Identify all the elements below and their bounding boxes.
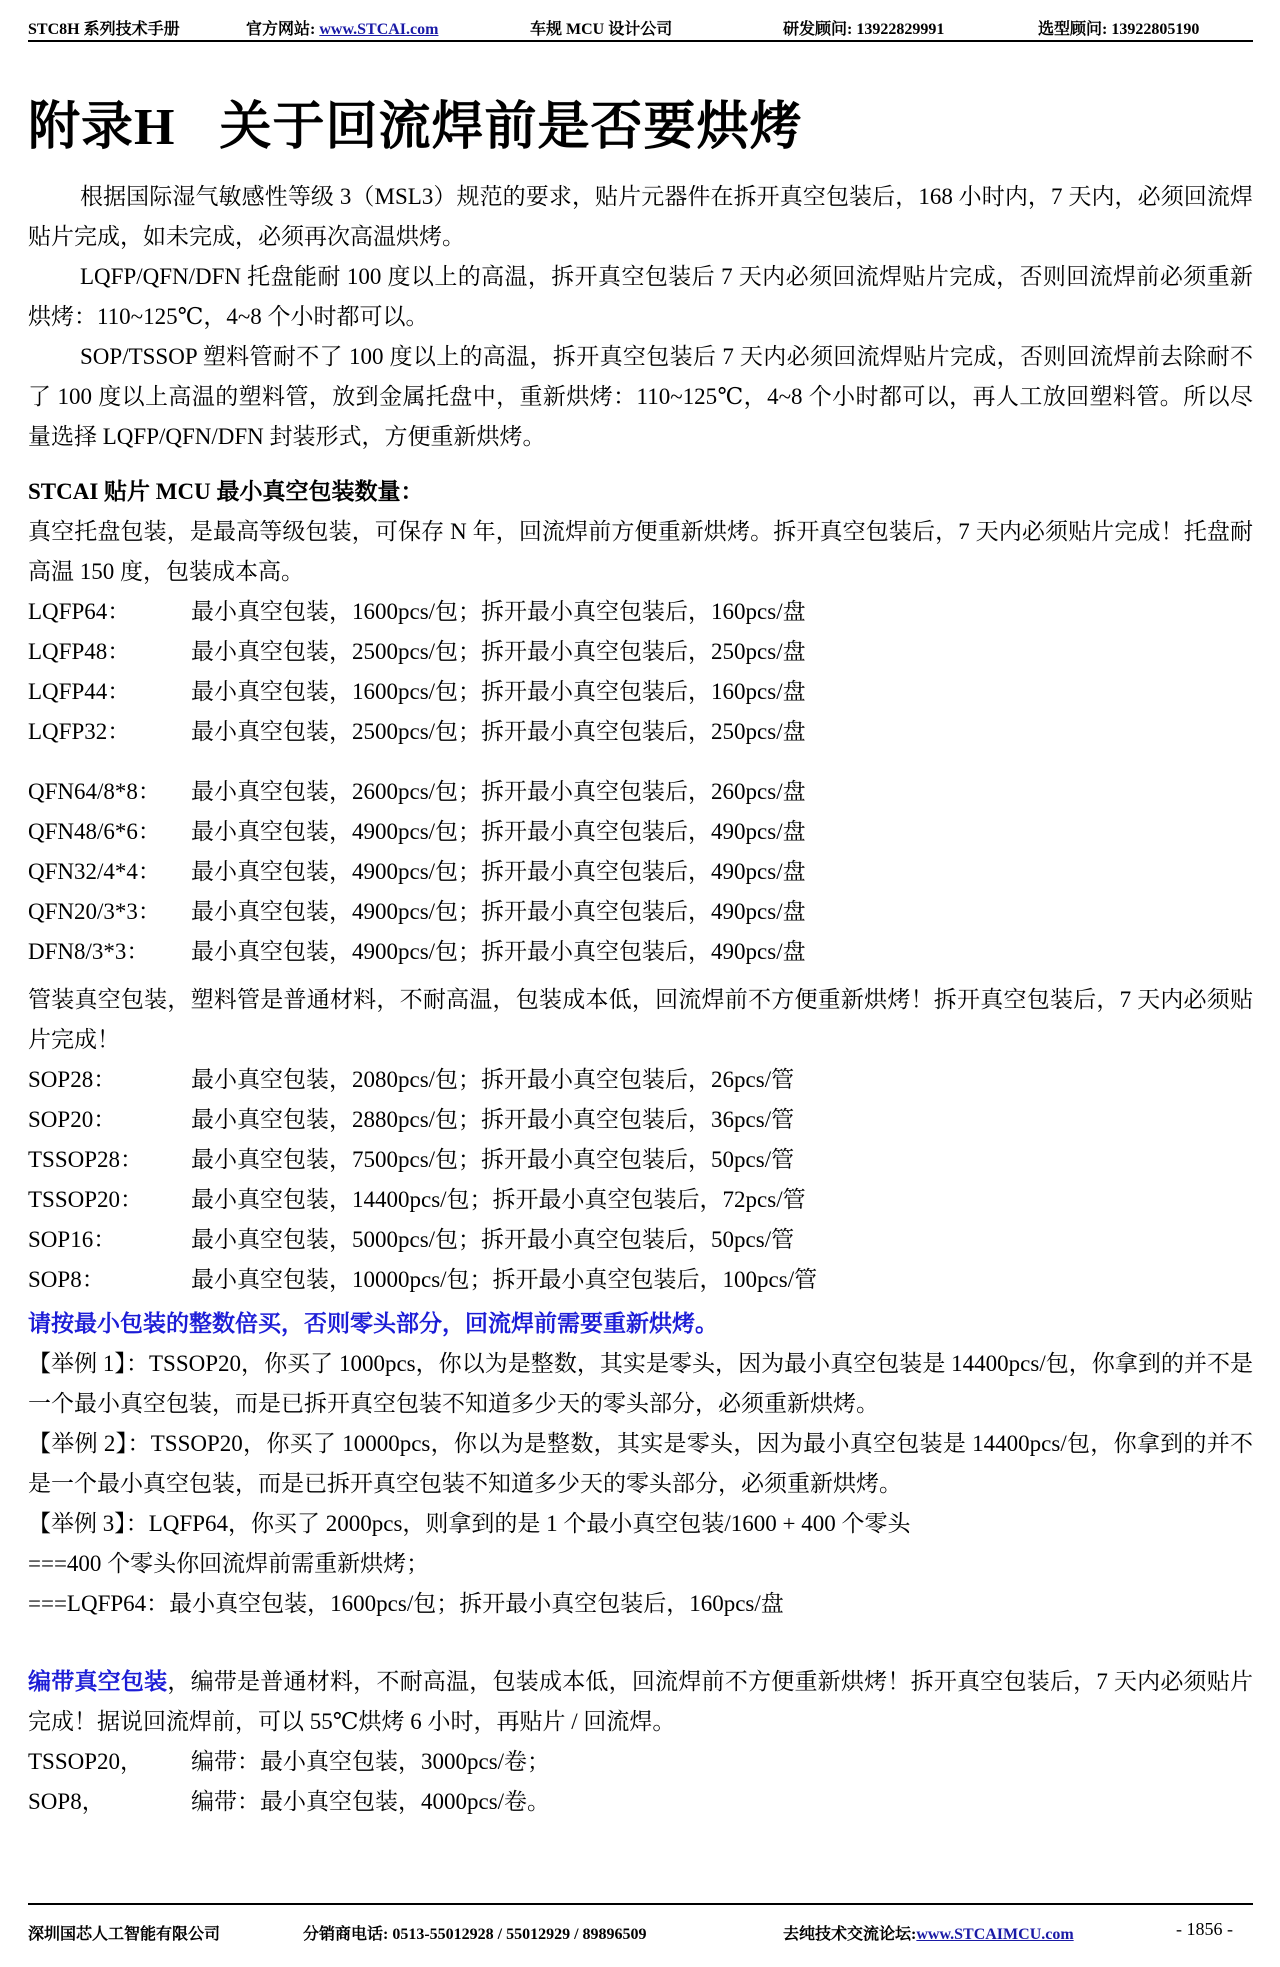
manual-name: STC8H 系列技术手册 [28, 16, 180, 39]
package-desc: 编带：最小真空包装，4000pcs/卷。 [191, 1789, 550, 1814]
company-tag: 车规 MCU 设计公司 [530, 16, 672, 39]
tray-description: 真空托盘包装，是最高等级包装，可保存 N 年，回流焊前方便重新烘烤。拆开真空包装… [28, 512, 1253, 592]
distributor-phone: 分销商电话: 0513-55012928 / 55012929 / 898965… [303, 1921, 647, 1944]
package-desc: 最小真空包装，10000pcs/包；拆开最小真空包装后，100pcs/管 [191, 1267, 817, 1292]
tray-lqfp-list: LQFP64：最小真空包装，1600pcs/包；拆开最小真空包装后，160pcs… [28, 592, 1253, 752]
package-desc: 最小真空包装，4900pcs/包；拆开最小真空包装后，490pcs/盘 [191, 819, 806, 844]
tape-list: TSSOP20，编带：最小真空包装，3000pcs/卷； SOP8，编带：最小真… [28, 1742, 1253, 1822]
package-name: SOP8： [28, 1260, 191, 1300]
package-desc: 最小真空包装，4900pcs/包；拆开最小真空包装后，490pcs/盘 [191, 899, 806, 924]
site-link[interactable]: www.STCAI.com [319, 21, 438, 38]
list-item: QFN32/4*4：最小真空包装，4900pcs/包；拆开最小真空包装后，490… [28, 852, 1253, 892]
tube-list: SOP28：最小真空包装，2080pcs/包；拆开最小真空包装后，26pcs/管… [28, 1060, 1253, 1300]
package-name: SOP28： [28, 1060, 191, 1100]
min-pack-heading: STCAI 贴片 MCU 最小真空包装数量： [28, 472, 1253, 512]
package-name: QFN32/4*4： [28, 852, 191, 892]
intro-paragraph: SOP/TSSOP 塑料管耐不了 100 度以上的高温，拆开真空包装后 7 天内… [28, 337, 1253, 457]
official-site: 官方网站: www.STCAI.com [246, 16, 438, 39]
list-item: DFN8/3*3：最小真空包装，4900pcs/包；拆开最小真空包装后，490p… [28, 932, 1253, 972]
list-item: SOP16：最小真空包装，5000pcs/包；拆开最小真空包装后，50pcs/管 [28, 1220, 1253, 1260]
package-desc: 最小真空包装，2080pcs/包；拆开最小真空包装后，26pcs/管 [191, 1067, 794, 1092]
document-body: 根据国际湿气敏感性等级 3（MSL3）规范的要求，贴片元器件在拆开真空包装后，1… [28, 177, 1253, 1822]
list-item: SOP8：最小真空包装，10000pcs/包；拆开最小真空包装后，100pcs/… [28, 1260, 1253, 1300]
package-name: QFN64/8*8： [28, 772, 191, 812]
package-desc: 编带：最小真空包装，3000pcs/卷； [191, 1749, 550, 1774]
tray-qfn-list: QFN64/8*8：最小真空包装，2600pcs/包；拆开最小真空包装后，260… [28, 772, 1253, 972]
list-item: TSSOP20，编带：最小真空包装，3000pcs/卷； [28, 1742, 1253, 1782]
package-desc: 最小真空包装，2500pcs/包；拆开最小真空包装后，250pcs/盘 [191, 719, 806, 744]
package-name: DFN8/3*3： [28, 932, 191, 972]
tape-paragraph: 编带真空包装，编带是普通材料，不耐高温，包装成本低，回流焊前不方便重新烘烤！拆开… [28, 1662, 1253, 1742]
list-item: LQFP32：最小真空包装，2500pcs/包；拆开最小真空包装后，250pcs… [28, 712, 1253, 752]
example-3: 【举例 3】：LQFP64，你买了 2000pcs，则拿到的是 1 个最小真空包… [28, 1504, 1253, 1544]
package-name: LQFP48： [28, 632, 191, 672]
company-name: 深圳国芯人工智能有限公司 [28, 1921, 220, 1944]
forum-link[interactable]: www.STCAIMCU.com [916, 1926, 1073, 1943]
package-desc: 最小真空包装，5000pcs/包；拆开最小真空包装后，50pcs/管 [191, 1227, 794, 1252]
package-desc: 最小真空包装，2600pcs/包；拆开最小真空包装后，260pcs/盘 [191, 779, 806, 804]
list-item: LQFP64：最小真空包装，1600pcs/包；拆开最小真空包装后，160pcs… [28, 592, 1253, 632]
example-note: ===400 个零头你回流焊前需重新烘烤； [28, 1544, 1253, 1584]
package-name: TSSOP28： [28, 1140, 191, 1180]
list-item: SOP8，编带：最小真空包装，4000pcs/卷。 [28, 1782, 1253, 1822]
list-item: SOP20：最小真空包装，2880pcs/包；拆开最小真空包装后，36pcs/管 [28, 1100, 1253, 1140]
intro-paragraph: LQFP/QFN/DFN 托盘能耐 100 度以上的高温，拆开真空包装后 7 天… [28, 257, 1253, 337]
advice-heading: 请按最小包装的整数倍买，否则零头部分，回流焊前需要重新烘烤。 [28, 1304, 1253, 1344]
list-item: QFN48/6*6：最小真空包装，4900pcs/包；拆开最小真空包装后，490… [28, 812, 1253, 852]
page-footer: 深圳国芯人工智能有限公司 分销商电话: 0513-55012928 / 5501… [28, 1903, 1253, 1955]
example-2: 【举例 2】：TSSOP20，你买了 10000pcs，你以为是整数，其实是零头… [28, 1424, 1253, 1504]
package-desc: 最小真空包装，7500pcs/包；拆开最小真空包装后，50pcs/管 [191, 1147, 794, 1172]
sales-contact: 选型顾问: 13922805190 [1038, 16, 1199, 39]
tube-description: 管装真空包装，塑料管是普通材料，不耐高温，包装成本低，回流焊前不方便重新烘烤！拆… [28, 980, 1253, 1060]
title-text: 关于回流焊前是否要烘烤 [219, 99, 802, 156]
package-name: TSSOP20， [28, 1742, 191, 1782]
tape-description: ，编带是普通材料，不耐高温，包装成本低，回流焊前不方便重新烘烤！拆开真空包装后，… [28, 1669, 1253, 1734]
list-item: LQFP48：最小真空包装，2500pcs/包；拆开最小真空包装后，250pcs… [28, 632, 1253, 672]
page-title: 附录H关于回流焊前是否要烘烤 [28, 84, 802, 159]
package-desc: 最小真空包装，4900pcs/包；拆开最小真空包装后，490pcs/盘 [191, 859, 806, 884]
page-header: STC8H 系列技术手册 官方网站: www.STCAI.com 车规 MCU … [28, 12, 1253, 42]
package-name: SOP16： [28, 1220, 191, 1260]
list-item: QFN20/3*3：最小真空包装，4900pcs/包；拆开最小真空包装后，490… [28, 892, 1253, 932]
rd-contact: 研发顾问: 13922829991 [783, 16, 944, 39]
forum-label: 去纯技术交流论坛: [783, 1926, 916, 1943]
site-label: 官方网站: [246, 21, 319, 38]
package-desc: 最小真空包装，1600pcs/包；拆开最小真空包装后，160pcs/盘 [191, 599, 806, 624]
package-name: LQFP64： [28, 592, 191, 632]
list-item: QFN64/8*8：最小真空包装，2600pcs/包；拆开最小真空包装后，260… [28, 772, 1253, 812]
package-name: LQFP32： [28, 712, 191, 752]
example-note: ===LQFP64：最小真空包装，1600pcs/包；拆开最小真空包装后，160… [28, 1584, 1253, 1624]
package-desc: 最小真空包装，1600pcs/包；拆开最小真空包装后，160pcs/盘 [191, 679, 806, 704]
example-1: 【举例 1】：TSSOP20，你买了 1000pcs，你以为是整数，其实是零头，… [28, 1344, 1253, 1424]
package-name: SOP8， [28, 1782, 191, 1822]
list-item: TSSOP20：最小真空包装，14400pcs/包；拆开最小真空包装后，72pc… [28, 1180, 1253, 1220]
list-item: TSSOP28：最小真空包装，7500pcs/包；拆开最小真空包装后，50pcs… [28, 1140, 1253, 1180]
package-name: SOP20： [28, 1100, 191, 1140]
intro-paragraph: 根据国际湿气敏感性等级 3（MSL3）规范的要求，贴片元器件在拆开真空包装后，1… [28, 177, 1253, 257]
package-desc: 最小真空包装，2880pcs/包；拆开最小真空包装后，36pcs/管 [191, 1107, 794, 1132]
package-name: QFN48/6*6： [28, 812, 191, 852]
package-desc: 最小真空包装，14400pcs/包；拆开最小真空包装后，72pcs/管 [191, 1187, 806, 1212]
forum: 去纯技术交流论坛:www.STCAIMCU.com [783, 1921, 1074, 1944]
appendix-label: 附录H [28, 99, 175, 156]
list-item: SOP28：最小真空包装，2080pcs/包；拆开最小真空包装后，26pcs/管 [28, 1060, 1253, 1100]
package-name: TSSOP20： [28, 1180, 191, 1220]
package-name: QFN20/3*3： [28, 892, 191, 932]
package-desc: 最小真空包装，2500pcs/包；拆开最小真空包装后，250pcs/盘 [191, 639, 806, 664]
page-number: - 1856 - [1176, 1919, 1233, 1940]
tape-heading: 编带真空包装 [28, 1669, 167, 1694]
package-desc: 最小真空包装，4900pcs/包；拆开最小真空包装后，490pcs/盘 [191, 939, 806, 964]
list-item: LQFP44：最小真空包装，1600pcs/包；拆开最小真空包装后，160pcs… [28, 672, 1253, 712]
package-name: LQFP44： [28, 672, 191, 712]
